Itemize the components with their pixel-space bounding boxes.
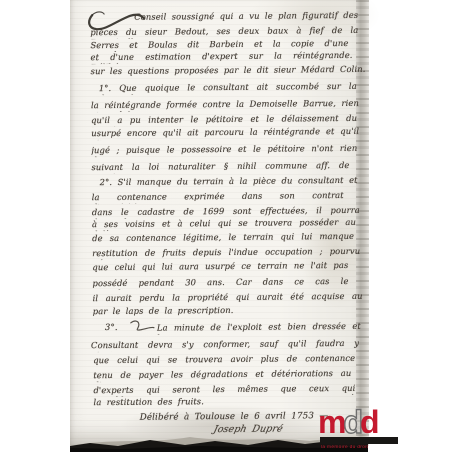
manuscript-line: tenu de payer les dégradations et détéri… <box>93 368 351 382</box>
manuscript-line: Consultant devra s'y conformer, sauf qu'… <box>91 338 359 352</box>
manuscript-line: suivant la loi naturaliter § nihil commu… <box>91 160 349 174</box>
manuscript-line: la contenance exprimée dans son contrat … <box>92 190 344 204</box>
mdd-logo-bar <box>320 437 398 444</box>
manuscript-line: et d'une estimation d'expert sur la réin… <box>90 50 352 64</box>
manuscript-line: il aurait perdu la propriété qui aurait … <box>93 291 363 305</box>
manuscript-line: qu'il a pu intenter le pétitoire et le d… <box>91 113 357 127</box>
mdd-tagline: la mémoire du droit <box>321 445 409 450</box>
mdd-letter-d-outline: d <box>343 404 360 440</box>
manuscript-line: d'experts qui seront les mêmes que ceux … <box>93 383 355 397</box>
manuscript-line: jugé ; puisque le possessoire et le péti… <box>91 143 357 157</box>
manuscript-line: de sa contenance légitime, le terrain qu… <box>92 231 354 245</box>
manuscript-line: par le laps de la prescription. <box>93 305 234 316</box>
manuscript-line: la réintégrande formée contre la Demoise… <box>91 98 359 112</box>
manuscript-line: pièces du sieur Bedout, ses deux baux à … <box>90 25 358 39</box>
manuscript-scan-page: Conseil soussigné qui a vu le plan figur… <box>0 0 452 452</box>
manuscript-line: Conseil soussigné qui a vu le plan figur… <box>134 10 358 24</box>
manuscript-line: La minute de l'exploit est bien dressée … <box>157 321 361 335</box>
manuscript-line: possédé pendant 30 ans. Car dans ce cas … <box>92 276 348 290</box>
manuscript-line: à ses voisins et à celui qui se trouvera… <box>92 217 356 231</box>
manuscript-line: la restitution des fruits. <box>93 396 204 407</box>
manuscript-line: 2°. S'il manque du terrain à la pièce du… <box>100 175 358 189</box>
mdd-watermark-logo: mdd la mémoire du droit <box>318 415 400 452</box>
mdd-letters: mdd <box>318 406 377 438</box>
manuscript-line: restitution de fruits depuis l'indue occ… <box>92 246 360 260</box>
pen-flourish-icon <box>129 319 155 333</box>
manuscript-line: sur les questions proposées par le dit s… <box>91 64 366 76</box>
mdd-letter-m: m <box>318 404 343 440</box>
manuscript-line: que celui qui lui aura usurpé ce terrain… <box>92 260 348 274</box>
section-marker: 3°. <box>105 323 118 333</box>
manuscript-line: usurpé encore qu'il ait parcouru la réin… <box>91 126 359 140</box>
mdd-letter-d: d <box>360 404 377 440</box>
manuscript-line: que celui qui se trouvera avoir plus de … <box>93 353 355 367</box>
manuscript-line: 1°. Que quoique le consultant ait succom… <box>99 81 357 95</box>
handwritten-text-block: Conseil soussigné qui a vu le plan figur… <box>0 0 452 452</box>
dateline: Délibéré à Toulouse le 6 avril 1753 — <box>140 411 329 423</box>
